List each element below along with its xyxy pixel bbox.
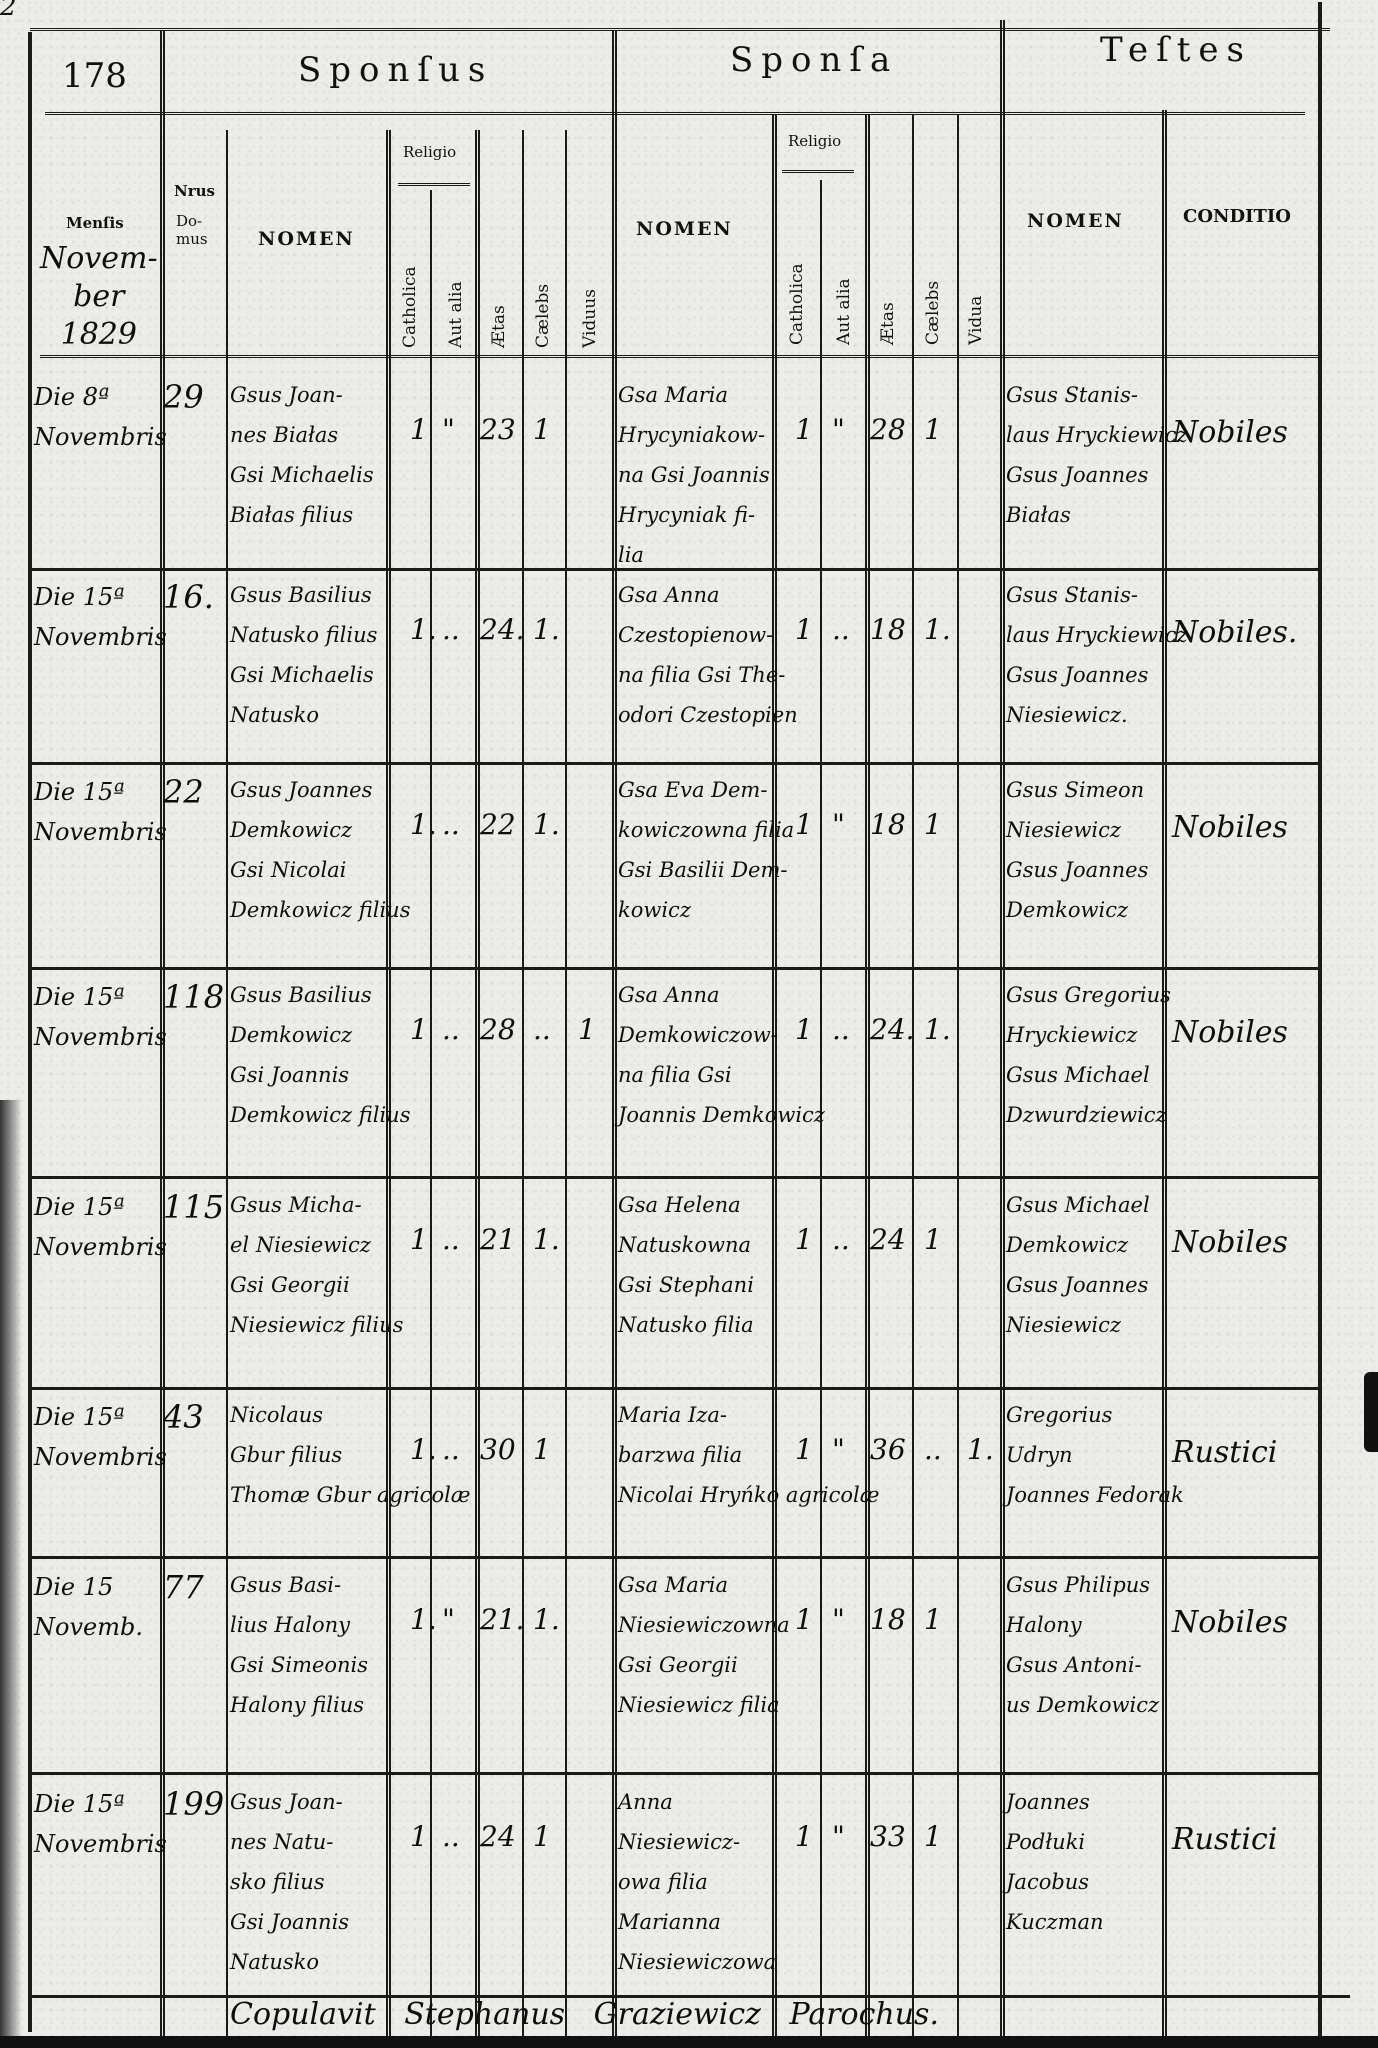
witnesses: Gsus Michael Demkowicz Gsus Joannes Nies… bbox=[1006, 1185, 1150, 1345]
sponsus-catholica-label: Catholica bbox=[400, 266, 420, 348]
house-number: 22 bbox=[163, 772, 204, 812]
sponsa-aetas-label: Ætas bbox=[878, 302, 898, 345]
row-rule bbox=[30, 1387, 1320, 1390]
bride-age: 18 bbox=[870, 1603, 906, 1636]
groom-age: 21 bbox=[480, 1223, 516, 1256]
sponsus-caelebs-label: Cælebs bbox=[533, 284, 553, 348]
groom-other-religion: " bbox=[442, 413, 455, 446]
groom-age: 22 bbox=[480, 808, 516, 841]
row-rule bbox=[30, 1772, 1320, 1775]
groom-name: Gsus Joan- nes Natu- sko filius Gsi Joan… bbox=[230, 1782, 349, 1982]
officiant-signature: Copulavit Stephanus Graziewicz Parochus. bbox=[230, 1995, 939, 2035]
bride-other-religion: " bbox=[832, 413, 845, 446]
bride-other-religion: " bbox=[832, 808, 845, 841]
groom-name: Gsus Basilius Natusko filius Gsi Michael… bbox=[230, 575, 377, 735]
left-border bbox=[28, 32, 32, 2032]
row-rule bbox=[30, 1176, 1320, 1179]
bride-name: Gsa Anna Czestopienow- na filia Gsi The-… bbox=[618, 575, 798, 735]
mensis-label: Menſis bbox=[66, 214, 124, 232]
groom-bachelor: 1 bbox=[533, 1433, 551, 1466]
sponsa-heading: Sponſa bbox=[730, 40, 898, 80]
bride-spinster: 1. bbox=[924, 613, 951, 646]
groom-name: Gsus Joannes Demkowicz Gsi Nicolai Demko… bbox=[230, 770, 410, 930]
corner-mark: 2 bbox=[0, 0, 17, 22]
social-status: Nobiles bbox=[1172, 808, 1288, 848]
sponsa-religio-label: Religio bbox=[788, 132, 841, 150]
col-divider bbox=[430, 190, 432, 2040]
groom-age: 24. bbox=[480, 613, 525, 646]
bride-catholic: 1 bbox=[795, 1433, 813, 1466]
month-year: Novem- ber 1829 bbox=[40, 240, 158, 354]
entry-date: Die 15ª Novembris bbox=[34, 772, 167, 852]
bride-name: Anna Niesiewicz- owa filia Marianna Nies… bbox=[618, 1782, 776, 1982]
groom-name: Gsus Basilius Demkowicz Gsi Joannis Demk… bbox=[230, 975, 410, 1135]
bride-age: 28 bbox=[870, 413, 906, 446]
col-divider bbox=[912, 115, 914, 2040]
bride-catholic: 1 bbox=[795, 1223, 813, 1256]
bride-other-religion: " bbox=[832, 1433, 845, 1466]
sponsa-caelebs-label: Cælebs bbox=[923, 281, 943, 345]
sponsa-vidua-label: Vidua bbox=[966, 296, 986, 345]
bride-name: Gsa Eva Dem- kowiczowna filia Gsi Basili… bbox=[618, 770, 794, 930]
testes-heading: Teſtes bbox=[1100, 30, 1252, 70]
groom-catholic: 1 bbox=[410, 1013, 428, 1046]
entry-date: Die 15ª Novembris bbox=[34, 977, 167, 1057]
bride-age: 36 bbox=[870, 1433, 906, 1466]
witnesses: Gsus Gregorius Hryckiewicz Gsus Michael … bbox=[1006, 975, 1171, 1135]
bride-catholic: 1 bbox=[795, 1013, 813, 1046]
bride-other-religion: " bbox=[832, 1603, 845, 1636]
domus-label: Do- mus bbox=[176, 212, 208, 248]
entry-date: Die 15ª Novembris bbox=[34, 1187, 167, 1267]
bride-other-religion: .. bbox=[832, 1223, 850, 1256]
sponsa-catholica-label: Catholica bbox=[787, 263, 807, 345]
bride-name: Gsa Helena Natuskowna Gsi Stephani Natus… bbox=[618, 1185, 754, 1345]
groom-catholic: 1. bbox=[410, 1433, 437, 1466]
house-number: 29 bbox=[163, 377, 204, 417]
col-divider bbox=[865, 115, 870, 2040]
bride-age: 18 bbox=[870, 808, 906, 841]
conditio-label: CONDITIO bbox=[1183, 206, 1291, 227]
bride-other-religion: .. bbox=[832, 1013, 850, 1046]
witnesses: Gsus Simeon Niesiewicz Gsus Joannes Demk… bbox=[1006, 770, 1148, 930]
groom-age: 30 bbox=[480, 1433, 516, 1466]
entry-date: Die 8ª Novembris bbox=[34, 377, 167, 457]
groom-catholic: 1. bbox=[410, 613, 437, 646]
bride-spinster: 1 bbox=[924, 1603, 942, 1636]
bride-age: 18 bbox=[870, 613, 906, 646]
bride-catholic: 1 bbox=[795, 413, 813, 446]
house-number: 118 bbox=[163, 977, 224, 1017]
bride-spinster: 1. bbox=[924, 1013, 951, 1046]
witnesses: Joannes Podłuki Jacobus Kuczman bbox=[1006, 1782, 1104, 1942]
sponsus-aetas-label: Ætas bbox=[489, 305, 509, 348]
page-number: 178 bbox=[62, 56, 127, 96]
groom-other-religion: .. bbox=[442, 1223, 460, 1256]
entry-date: Die 15ª Novembris bbox=[34, 1784, 167, 1864]
col-divider bbox=[957, 115, 959, 2040]
social-status: Rustici bbox=[1172, 1433, 1277, 1473]
witnesses: Gregorius Udryn Joannes Fedorak bbox=[1006, 1395, 1184, 1515]
bride-name: Gsa Maria Hrycyniakow- na Gsi Joannis Hr… bbox=[618, 375, 770, 575]
groom-bachelor: 1. bbox=[533, 1223, 560, 1256]
bride-other-religion: .. bbox=[832, 613, 850, 646]
groom-widower: 1 bbox=[578, 1013, 596, 1046]
row-rule bbox=[30, 1556, 1320, 1559]
bride-spinster: .. bbox=[924, 1433, 942, 1466]
bride-catholic: 1 bbox=[795, 1820, 813, 1853]
groom-bachelor: 1 bbox=[533, 413, 551, 446]
bride-spinster: 1 bbox=[924, 1820, 942, 1853]
sponsus-religio-label: Religio bbox=[403, 143, 456, 161]
social-status: Nobiles. bbox=[1172, 613, 1297, 653]
header-bottom-rule bbox=[40, 355, 1320, 361]
groom-other-religion: .. bbox=[442, 1013, 460, 1046]
groom-age: 24 bbox=[480, 1820, 516, 1853]
col-divider bbox=[522, 130, 524, 2040]
groom-catholic: 1. bbox=[410, 808, 437, 841]
bride-other-religion: " bbox=[832, 1820, 845, 1853]
bride-spinster: 1 bbox=[924, 808, 942, 841]
groom-catholic: 1 bbox=[410, 1820, 428, 1853]
entry-date: Die 15ª Novembris bbox=[34, 577, 167, 657]
sponsa-nomen-label: NOMEN bbox=[636, 218, 733, 240]
right-border bbox=[1318, 2, 1322, 2042]
house-number: 115 bbox=[163, 1187, 224, 1227]
groom-catholic: 1. bbox=[410, 1603, 437, 1636]
groom-name: Gsus Joan- nes Białas Gsi Michaelis Biał… bbox=[230, 375, 374, 535]
col-divider bbox=[565, 130, 567, 2040]
bride-widow: 1. bbox=[967, 1433, 994, 1466]
bride-spinster: 1 bbox=[924, 413, 942, 446]
bride-catholic: 1 bbox=[795, 613, 813, 646]
social-status: Nobiles bbox=[1172, 1223, 1288, 1263]
bride-age: 24 bbox=[870, 1223, 906, 1256]
nrus-label: Nrus bbox=[174, 182, 215, 200]
sponsus-heading: Sponſus bbox=[298, 50, 493, 90]
row-rule bbox=[30, 762, 1320, 765]
groom-catholic: 1 bbox=[410, 413, 428, 446]
entry-date: Die 15 Novemb. bbox=[34, 1567, 143, 1647]
sponsus-viduus-label: Viduus bbox=[580, 289, 600, 348]
groom-other-religion: .. bbox=[442, 808, 460, 841]
groom-name: Gsus Micha- el Niesiewicz Gsi Georgii Ni… bbox=[230, 1185, 403, 1345]
bride-name: Gsa Maria Niesiewiczowna Gsi Georgii Nie… bbox=[618, 1565, 790, 1725]
groom-age: 28 bbox=[480, 1013, 516, 1046]
social-status: Rustici bbox=[1172, 1820, 1277, 1860]
witnesses: Gsus Stanis- laus Hryckiewicz Gsus Joann… bbox=[1006, 575, 1188, 735]
social-status: Nobiles bbox=[1172, 1013, 1288, 1053]
groom-catholic: 1 bbox=[410, 1223, 428, 1256]
entry-date: Die 15ª Novembris bbox=[34, 1397, 167, 1477]
groom-other-religion: .. bbox=[442, 1820, 460, 1853]
scan-edge-mark bbox=[1364, 1372, 1378, 1452]
bride-catholic: 1 bbox=[795, 808, 813, 841]
groom-bachelor: 1 bbox=[533, 1820, 551, 1853]
social-status: Nobiles bbox=[1172, 1603, 1288, 1643]
social-status: Nobiles bbox=[1172, 413, 1288, 453]
house-number: 199 bbox=[163, 1784, 224, 1824]
title-rule bbox=[45, 112, 1305, 118]
groom-other-religion: .. bbox=[442, 613, 460, 646]
groom-bachelor: 1. bbox=[533, 808, 560, 841]
row-rule bbox=[30, 967, 1320, 970]
bride-name: Gsa Anna Demkowiczow- na filia Gsi Joann… bbox=[618, 975, 825, 1135]
bride-age: 33 bbox=[870, 1820, 906, 1853]
sponsus-aut-alia-label: Aut alia bbox=[446, 281, 466, 348]
sponsa-aut-alia-label: Aut alia bbox=[834, 278, 854, 345]
bride-spinster: 1 bbox=[924, 1223, 942, 1256]
bride-catholic: 1 bbox=[795, 1603, 813, 1636]
scan-edge bbox=[0, 2036, 1378, 2048]
groom-name: Gsus Basi- lius Halony Gsi Simeonis Halo… bbox=[230, 1565, 368, 1725]
col-divider bbox=[226, 130, 228, 2040]
groom-bachelor: .. bbox=[533, 1013, 551, 1046]
groom-age: 21. bbox=[480, 1603, 525, 1636]
groom-other-religion: " bbox=[442, 1603, 455, 1636]
col-divider bbox=[1000, 20, 1005, 2040]
religio-rule bbox=[398, 183, 470, 189]
house-number: 77 bbox=[163, 1567, 204, 1607]
groom-bachelor: 1. bbox=[533, 613, 560, 646]
col-divider bbox=[612, 30, 617, 2040]
testes-nomen-label: NOMEN bbox=[1027, 210, 1124, 232]
house-number: 43 bbox=[163, 1397, 204, 1437]
house-number: 16. bbox=[163, 577, 214, 617]
page-edge-shadow bbox=[0, 1100, 22, 2048]
religio-rule bbox=[782, 170, 854, 176]
witnesses: Gsus Philipus Halony Gsus Antoni- us Dem… bbox=[1006, 1565, 1159, 1725]
groom-age: 23 bbox=[480, 413, 516, 446]
bride-age: 24. bbox=[870, 1013, 915, 1046]
witnesses: Gsus Stanis- laus Hryckiewicz Gsus Joann… bbox=[1006, 375, 1188, 535]
sponsus-nomen-label: NOMEN bbox=[258, 228, 355, 250]
groom-bachelor: 1. bbox=[533, 1603, 560, 1636]
groom-other-religion: .. bbox=[442, 1433, 460, 1466]
